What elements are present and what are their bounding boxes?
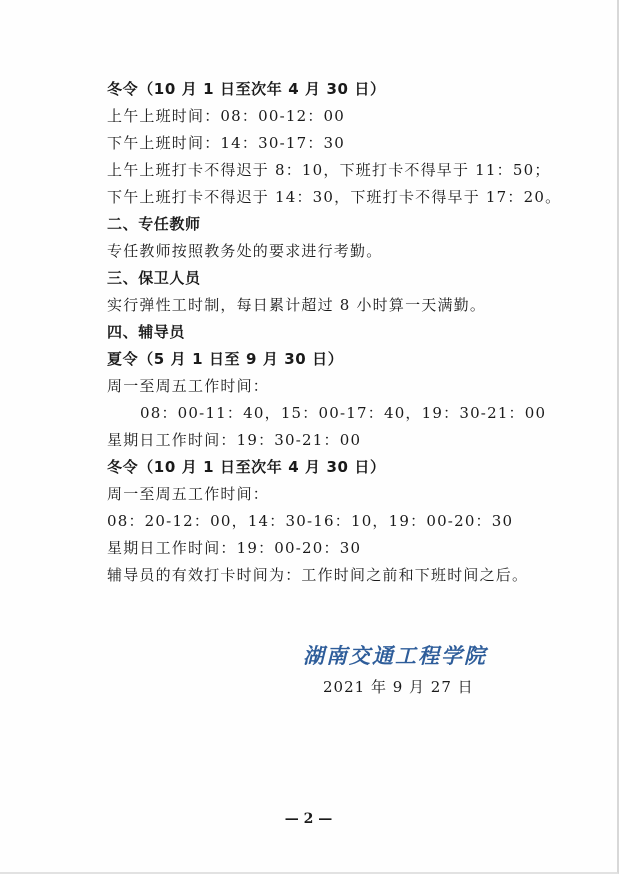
paragraph-line: 辅导员的有效打卡时间为：工作时间之前和下班时间之后。 [107, 565, 528, 585]
paragraph-line: 下午上班打卡不得迟于 14：30，下班打卡不得早于 17：20。 [107, 187, 561, 207]
document-date: 2021 年 9 月 27 日 [323, 676, 474, 697]
paragraph-line: 08：20-12：00，14：30-16：10，19：00-20：30 [107, 511, 513, 531]
paragraph-line-indented: 08：00-11：40，15：00-17：40，19：30-21：00 [140, 403, 546, 423]
paragraph-line: 实行弹性工时制，每日累计超过 8 小时算一天满勤。 [107, 295, 486, 315]
section-heading-security: 三、保卫人员 [107, 268, 201, 288]
paragraph-line: 周一至周五工作时间： [107, 484, 269, 504]
paragraph-line: 周一至周五工作时间： [107, 376, 269, 396]
paragraph-line: 星期日工作时间：19：30-21：00 [107, 430, 361, 450]
document-page: 冬令（10 月 1 日至次年 4 月 30 日） 上午上班时间：08：00-12… [0, 0, 619, 874]
section-heading-counselors: 四、辅导员 [107, 322, 185, 342]
section-subheading-summer: 夏令（5 月 1 日至 9 月 30 日） [107, 349, 343, 369]
paragraph-line: 上午上班打卡不得迟于 8：10，下班打卡不得早于 11：50； [107, 160, 551, 180]
paragraph-line: 上午上班时间：08：00-12：00 [107, 106, 345, 126]
page-number: — 2 — [0, 811, 617, 827]
paragraph-line: 专任教师按照教务处的要求进行考勤。 [107, 241, 382, 261]
section-heading-teachers: 二、专任教师 [107, 214, 201, 234]
institution-signature: 湖南交通工程学院 [303, 640, 487, 670]
paragraph-line: 星期日工作时间：19：00-20：30 [107, 538, 361, 558]
paragraph-line: 下午上班时间：14：30-17：30 [107, 133, 345, 153]
section-subheading-winter-staff: 冬令（10 月 1 日至次年 4 月 30 日） [107, 79, 386, 99]
section-subheading-winter-counselors: 冬令（10 月 1 日至次年 4 月 30 日） [107, 457, 386, 477]
